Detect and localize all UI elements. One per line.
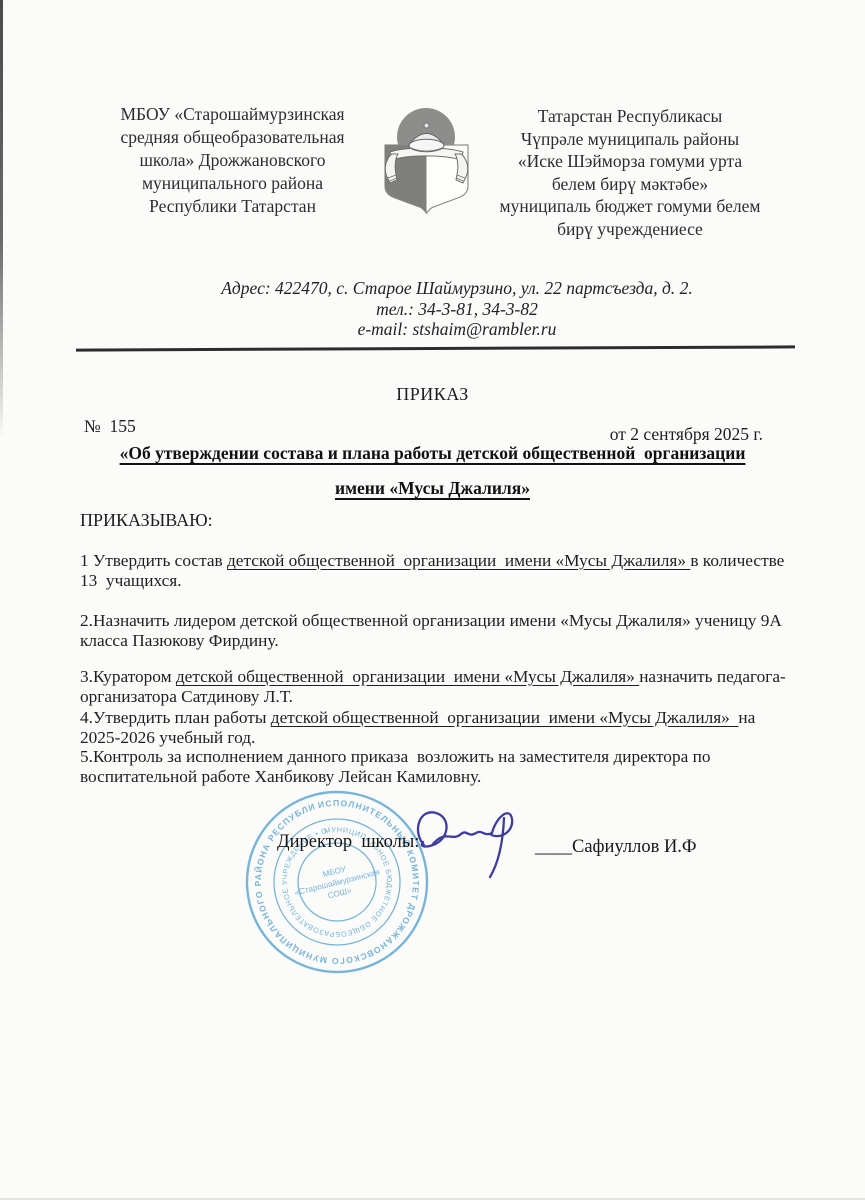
order-item-4: 4.Утвердить план работы детской обществе… <box>80 708 792 748</box>
letterhead-org-russian: МБОУ «Старошаймурзинская средняя общеобр… <box>75 103 390 218</box>
order-item-1: 1 Утвердить состав детской общественной … <box>80 551 792 590</box>
scanned-order-document: { "header": { "left_org": { "lines": [ "… <box>0 0 865 1200</box>
org-line: МБОУ «Старошаймурзинская <box>75 103 390 126</box>
org-line: Чүпрәле муниципаль районы <box>462 128 798 151</box>
org-line: Республики Татарстан <box>75 195 390 218</box>
org-line: муниципаль бюджет гомуми белем <box>462 195 798 218</box>
order-number: № 155 <box>84 416 136 437</box>
letterhead-divider <box>76 345 795 351</box>
svg-text:МУНИЦИПАЛЬНОЕ БЮДЖЕТНОЕ ОБЩЕОБ: МУНИЦИПАЛЬНОЕ БЮДЖЕТНОЕ ОБЩЕОБРАЗОВАТЕЛЬ… <box>221 768 407 961</box>
phone-line: тел.: 34-3-81, 34-3-82 <box>117 299 797 320</box>
org-line: школа» Дрожжановского <box>75 149 390 172</box>
order-title-line1: «Об утверждении состава и плана работы д… <box>0 443 865 464</box>
scan-edge-artifact <box>0 0 3 440</box>
document-type-heading: ПРИКАЗ <box>0 384 865 405</box>
handwritten-signature <box>406 788 556 883</box>
org-line: белем бирү мәктәбе» <box>462 173 798 196</box>
order-date: от 2 сентября 2025 г. <box>610 424 763 445</box>
stamp-center-line: «Старошаймурзинская <box>294 868 381 898</box>
org-line: муниципального района <box>75 172 390 195</box>
order-item-3: 3.Куратором детской общественной организ… <box>80 667 792 707</box>
email-line: e-mail: stshaim@rambler.ru <box>117 319 797 340</box>
resolution-word: ПРИКАЗЫВАЮ: <box>80 510 213 531</box>
signer-role-label: Директор школы: <box>277 832 419 853</box>
org-line: бирү учреждениесе <box>462 218 798 241</box>
letterhead-org-tatar: Татарстан Республикасы Чүпрәле муниципал… <box>462 105 798 240</box>
order-item-5: 5.Контроль за исполнением данного приказ… <box>80 747 792 787</box>
address-line: Адрес: 422470, с. Старое Шаймурзино, ул.… <box>117 278 797 299</box>
order-item-2: 2.Назначить лидером детской общественной… <box>80 611 792 651</box>
signer-name: ____Сафиуллов И.Ф <box>535 837 697 858</box>
order-title-line2: имени «Мусы Джалиля» <box>0 478 865 499</box>
contact-block: Адрес: 422470, с. Старое Шаймурзино, ул.… <box>117 278 797 340</box>
stamp-center-line: СОШ» <box>327 886 353 901</box>
stamp-center-line: МБОУ <box>322 864 348 879</box>
org-line: средняя общеобразовательная <box>75 126 390 149</box>
coat-of-arms-icon <box>379 100 474 222</box>
org-line: Татарстан Республикасы <box>462 105 798 128</box>
org-line: «Иске Шэйморза гомуми урта <box>462 150 798 173</box>
